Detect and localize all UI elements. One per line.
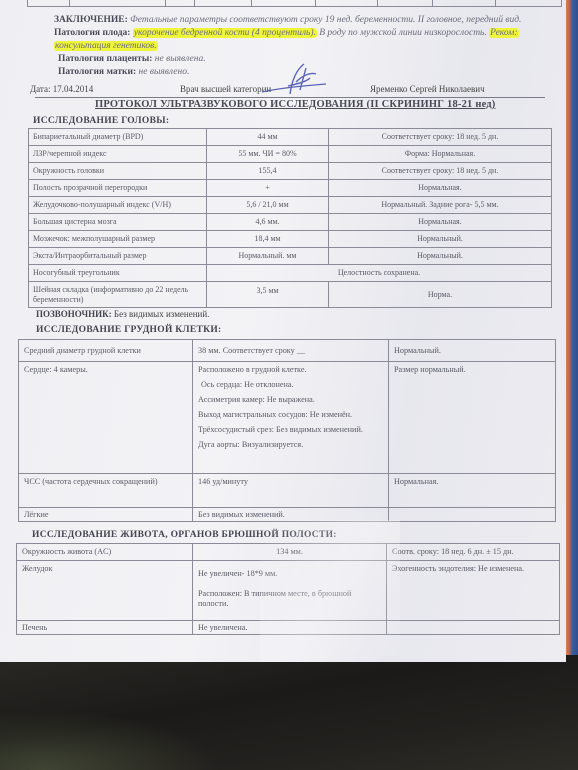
- value-cell: 44 мм: [207, 129, 329, 146]
- head-section-heading: ИССЛЕДОВАНИЕ ГОЛОВЫ:: [33, 116, 169, 126]
- param-cell: Сердце: 4 камеры.: [19, 362, 193, 474]
- value-cell: 38 мм. Соответствует сроку __: [193, 340, 389, 362]
- table-row: Печень Не увеличена.: [17, 621, 560, 635]
- note-cell: Нормальная.: [389, 474, 556, 508]
- table-row: Окружность головки 155,4 Соответствует с…: [29, 163, 552, 180]
- param-cell: Полость прозрачной перегородки: [29, 180, 207, 197]
- param-cell: Мозжечок: межполушарный размер: [29, 231, 207, 248]
- doctor-name: Яременко Сергей Николаевич: [370, 84, 485, 94]
- note-cell: Нормальный.: [329, 248, 552, 265]
- value-cell: 4,6 мм.: [207, 214, 329, 231]
- conclusion-label: ЗАКЛЮЧЕНИЕ:: [54, 15, 128, 25]
- value-cell: Расположено в грудной клетке. Ось сердца…: [193, 362, 389, 474]
- abdomen-table: Окружность живота (AC) 134 мм. Соотв. ср…: [16, 543, 560, 635]
- uterus-label: Патология матки:: [58, 67, 136, 77]
- note-cell: Нормальная.: [329, 214, 552, 231]
- param-cell: ЛЗР/черепной индекс: [29, 146, 207, 163]
- heart-position: Расположено в грудной клетке.: [198, 365, 383, 375]
- fetal-pathology-note: В роду по мужской линии низкорослость.: [319, 28, 487, 38]
- table-row: Сердце: 4 камеры. Расположено в грудной …: [19, 362, 556, 474]
- value-cell: 155,4: [207, 163, 329, 180]
- param-cell: Носогубный треугольник: [29, 265, 207, 282]
- param-cell: Окружность живота (AC): [17, 544, 193, 561]
- value-cell: 18,4 мм: [207, 231, 329, 248]
- head-table: Бипариетальный диаметр (BPD) 44 мм Соотв…: [28, 128, 552, 308]
- table-row: Шейная складка (информативно до 22 недел…: [29, 282, 552, 308]
- param-cell: Желудочково-полушарный индекс (V/H): [29, 197, 207, 214]
- value-cell: 3,5 мм: [207, 282, 329, 308]
- recommendation-highlight: Реком:: [489, 28, 518, 38]
- protocol-title: ПРОТОКОЛ УЛЬТРАЗВУКОВОГО ИССЛЕДОВАНИЯ (I…: [95, 99, 496, 110]
- note-cell: Нормальная.: [329, 180, 552, 197]
- note-cell: Соотв. сроку: 18 нед. 6 дн. ± 15 дн.: [387, 544, 560, 561]
- param-cell: Желудок: [17, 561, 193, 621]
- table-row: Экста/Интраорбитальный размер Нормальный…: [29, 248, 552, 265]
- value-cell: 146 уд/минуту: [193, 474, 389, 508]
- fetal-pathology-highlight: укорочение бедренной кости (4 процентиль…: [133, 28, 317, 38]
- note-cell: Нормальный.: [389, 340, 556, 362]
- background-surface: [0, 655, 578, 770]
- table-row: Лёгкие Без видимых изменений.: [19, 508, 556, 522]
- note-cell: Эхогенность эндотелия: Не изменена.: [387, 561, 560, 621]
- value-cell: Не увеличена.: [193, 621, 387, 635]
- table-row: ЛЗР/черепной индекс 55 мм. ЧИ = 80% Форм…: [29, 146, 552, 163]
- note-cell: Форма: Нормальная.: [329, 146, 552, 163]
- value-cell: Не увеличен- 18*9 мм. Расположен: В типи…: [193, 561, 387, 621]
- heart-axis: Ось сердца: Не отклонена.: [198, 380, 383, 390]
- aortic-arch: Дуга аорты: Визуализируется.: [198, 440, 383, 450]
- note-cell: [389, 508, 556, 522]
- doctor-title: Врач высшей категории: [180, 84, 271, 94]
- uterus-value: не выявлено.: [139, 67, 190, 77]
- fetal-pathology-label: Патология плода:: [54, 28, 130, 38]
- table-row: ЧСС (частота сердечных сокращений) 146 у…: [19, 474, 556, 508]
- great-vessels-outflow: Выход магистральных сосудов: Не изменён.: [198, 410, 383, 420]
- note-cell: Размер нормальный.: [389, 362, 556, 474]
- note-cell: Нормальный.: [329, 231, 552, 248]
- table-row: Средний диаметр грудной клетки 38 мм. Со…: [19, 340, 556, 362]
- note-cell: [387, 621, 560, 635]
- param-cell: Средний диаметр грудной клетки: [19, 340, 193, 362]
- value-cell: +: [207, 180, 329, 197]
- placenta-value: не выявлена.: [155, 54, 206, 64]
- abdomen-section-heading: ИССЛЕДОВАНИЕ ЖИВОТА, ОРГАНОВ БРЮШНОЙ ПОЛ…: [32, 530, 337, 540]
- note-cell: Соответствует сроку: 18 нед. 5 дн.: [329, 163, 552, 180]
- param-cell: Экста/Интраорбитальный размер: [29, 248, 207, 265]
- three-vessel-view: Трёхсосудистый срез: Без видимых изменен…: [198, 425, 383, 435]
- param-cell: Большая цистерна мозга: [29, 214, 207, 231]
- table-row: Бипариетальный диаметр (BPD) 44 мм Соотв…: [29, 129, 552, 146]
- chest-section-heading: ИССЛЕДОВАНИЕ ГРУДНОЙ КЛЕТКИ:: [36, 325, 222, 335]
- conclusion-text: Фетальные параметры соответствуют сроку …: [130, 15, 521, 25]
- param-cell: Бипариетальный диаметр (BPD): [29, 129, 207, 146]
- value-cell: 55 мм. ЧИ = 80%: [207, 146, 329, 163]
- previous-table-fragment: [27, 0, 562, 7]
- param-cell: Лёгкие: [19, 508, 193, 522]
- placenta-label: Патология плаценты:: [58, 54, 152, 64]
- table-row: Мозжечок: межполушарный размер 18,4 мм Н…: [29, 231, 552, 248]
- binder-edge: [564, 0, 578, 660]
- document-page: ЗАКЛЮЧЕНИЕ: Фетальные параметры соответс…: [0, 0, 566, 662]
- chamber-asymmetry: Ассиметрия камер: Не выражена.: [198, 395, 383, 405]
- table-row: Полость прозрачной перегородки + Нормаль…: [29, 180, 552, 197]
- value-cell: Без видимых изменений.: [193, 508, 389, 522]
- report-date: Дата: 17.04.2014: [30, 84, 93, 94]
- table-row: Большая цистерна мозга 4,6 мм. Нормальна…: [29, 214, 552, 231]
- table-row: Желудок Не увеличен- 18*9 мм. Расположен…: [17, 561, 560, 621]
- value-cell: Нормальный. мм: [207, 248, 329, 265]
- stomach-position: Расположен: В типичном месте, в брюшной …: [198, 589, 381, 609]
- param-cell: ЧСС (частота сердечных сокращений): [19, 474, 193, 508]
- table-row: Носогубный треугольник Целостность сохра…: [29, 265, 552, 282]
- value-cell: 134 мм.: [193, 544, 387, 561]
- spine-label: ПОЗВОНОЧНИК:: [36, 309, 112, 319]
- value-cell: 5,6 / 21,0 мм: [207, 197, 329, 214]
- spine-value: Без видимых изменений.: [114, 309, 209, 319]
- table-row: Окружность живота (AC) 134 мм. Соотв. ср…: [17, 544, 560, 561]
- param-cell: Печень: [17, 621, 193, 635]
- divider: [35, 97, 545, 98]
- chest-table: Средний диаметр грудной клетки 38 мм. Со…: [18, 339, 556, 522]
- table-row: Желудочково-полушарный индекс (V/H) 5,6 …: [29, 197, 552, 214]
- signature-icon: [260, 60, 330, 100]
- spine-row: ПОЗВОНОЧНИК: Без видимых изменений.: [36, 309, 209, 319]
- recommendation-text: консультация генетиков.: [54, 41, 158, 51]
- note-cell: Соответствует сроку: 18 нед. 5 дн.: [329, 129, 552, 146]
- stomach-size: Не увеличен- 18*9 мм.: [198, 569, 381, 579]
- note-cell: Нормальный. Задние рога- 5,5 мм.: [329, 197, 552, 214]
- param-cell: Окружность головки: [29, 163, 207, 180]
- param-cell: Шейная складка (информативно до 22 недел…: [29, 282, 207, 308]
- merged-cell: Целостность сохранена.: [207, 265, 552, 282]
- note-cell: Норма.: [329, 282, 552, 308]
